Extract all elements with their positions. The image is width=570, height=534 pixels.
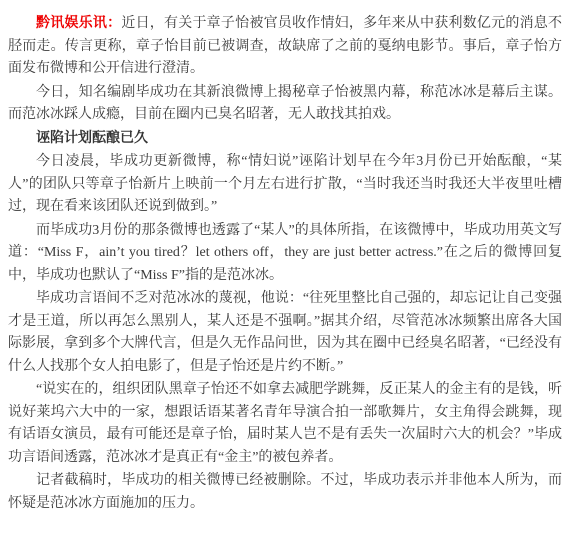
page: { "page": { "background": "#ffffff", "te… (0, 0, 570, 534)
body-paragraph-2: 而毕成功3月份的那条微博也透露了“某人”的具体所指，在该微博中，毕成功用英文写道… (8, 220, 562, 288)
section-heading: 诬陷计划酝酿已久 (8, 128, 562, 151)
body-paragraph-3: 毕成功言语间不乏对范冰冰的蔑视，他说：“往死里整比自己强的，却忘记让自己变强才是… (8, 288, 562, 378)
lead-paragraph: 黔讯娱乐讯：近日，有关于章子怡被官员收作情妇，多年来从中获利数亿元的消息不胫而走… (8, 13, 562, 81)
body-paragraph-5: 记者截稿时，毕成功的相关微博已经被删除。不过，毕成功表示并非他本人所为，而怀疑是… (8, 470, 562, 515)
news-article: 黔讯娱乐讯：近日，有关于章子怡被官员收作情妇，多年来从中获利数亿元的消息不胫而走… (0, 0, 570, 515)
intro-paragraph-2: 今日，知名编剧毕成功在其新浪微博上揭秘章子怡被黑内幕，称范冰冰是幕后主谋。而范冰… (8, 82, 562, 127)
source-label: 黔讯娱乐讯： (36, 16, 121, 31)
body-paragraph-4: “说实在的，组织团队黑章子怡还不如拿去减肥学跳舞，反正某人的金主有的是钱，听说好… (8, 379, 562, 469)
body-paragraph-1: 今日凌晨，毕成功更新微博，称“情妇说”诬陷计划早在今年3月份已开始酝酿，“某人”… (8, 151, 562, 219)
